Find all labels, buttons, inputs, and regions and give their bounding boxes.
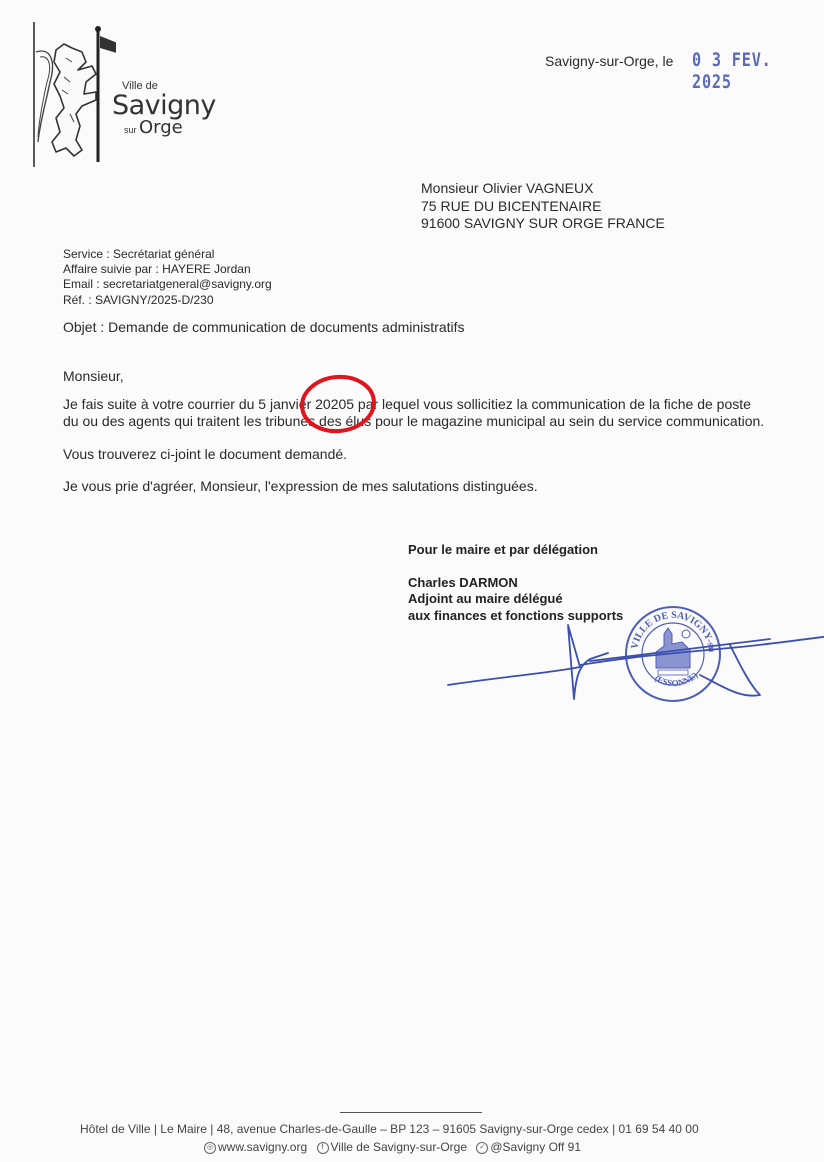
- body-p1-line1: Je fais suite à votre courrier du 5 janv…: [63, 396, 803, 413]
- body-paragraph-3: Je vous prie d'agréer, Monsieur, l'expre…: [63, 478, 538, 494]
- salutation: Monsieur,: [63, 368, 124, 384]
- globe-icon: ◎: [204, 1142, 216, 1154]
- delegation-line: Pour le maire et par délégation: [408, 542, 623, 559]
- city-logo: Ville de Savigny sur Orge: [26, 22, 196, 172]
- body-paragraph-1: Je fais suite à votre courrier du 5 janv…: [63, 396, 803, 430]
- twitter-icon: ✓: [476, 1142, 488, 1154]
- service-line: Service : Secrétariat général: [63, 247, 272, 262]
- lion-rampant-icon: [26, 22, 116, 172]
- signatory-title-1: Adjoint au maire délégué: [408, 591, 623, 608]
- date-stamp: 0 3 FEV. 2025: [692, 49, 798, 93]
- subject-line: Objet : Demande de communication de docu…: [63, 319, 465, 335]
- logo-orge: Orge: [139, 117, 183, 138]
- recipient-address: Monsieur Olivier VAGNEUX 75 RUE DU BICEN…: [421, 180, 665, 233]
- signature-block: Pour le maire et par délégation Charles …: [408, 542, 623, 624]
- footer-social: ◎www.savigny.org fVille de Savigny-sur-O…: [204, 1140, 581, 1154]
- ref-line: Réf. : SAVIGNY/2025-D/230: [63, 293, 272, 308]
- handwritten-signature: [440, 615, 824, 705]
- body-p1-line2: du ou des agents qui traitent les tribun…: [63, 413, 803, 430]
- recipient-name: Monsieur Olivier VAGNEUX: [421, 180, 665, 198]
- footer-facebook[interactable]: Ville de Savigny-sur-Orge: [331, 1140, 468, 1154]
- signatory-name: Charles DARMON: [408, 575, 623, 592]
- footer-divider: [340, 1112, 482, 1113]
- recipient-city: 91600 SAVIGNY SUR ORGE FRANCE: [421, 215, 665, 233]
- footer-website[interactable]: www.savigny.org: [218, 1140, 307, 1154]
- recipient-street: 75 RUE DU BICENTENAIRE: [421, 198, 665, 216]
- logo-sur: sur: [124, 125, 137, 135]
- facebook-icon: f: [317, 1142, 329, 1154]
- red-circle-annotation: [298, 372, 380, 436]
- body-paragraph-2: Vous trouverez ci-joint le document dema…: [63, 446, 347, 462]
- affaire-line: Affaire suivie par : HAYERE Jordan: [63, 262, 272, 277]
- place-label: Savigny-sur-Orge, le: [545, 53, 673, 69]
- footer-address: Hôtel de Ville | Le Maire | 48, avenue C…: [80, 1122, 699, 1136]
- service-info: Service : Secrétariat général Affaire su…: [63, 247, 272, 308]
- footer-twitter[interactable]: @Savigny Off 91: [490, 1140, 581, 1154]
- email-line: Email : secretariatgeneral@savigny.org: [63, 277, 272, 292]
